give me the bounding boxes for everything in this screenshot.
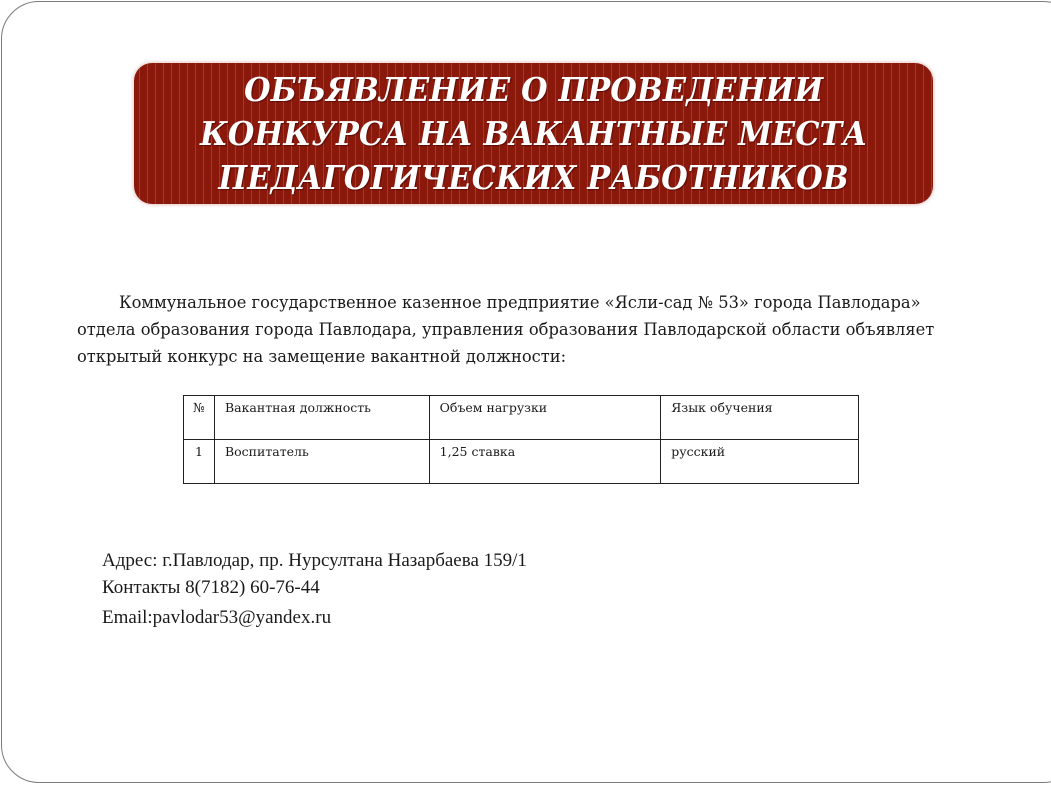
- header-number: №: [184, 396, 215, 440]
- table-header-row: № Вакантная должность Объем нагрузки Язы…: [184, 396, 859, 440]
- cell-position: Воспитатель: [214, 440, 429, 484]
- vacancies-table: № Вакантная должность Объем нагрузки Язы…: [183, 395, 859, 484]
- intro-line-3: открытый конкурс на замещение вакантной …: [77, 343, 1022, 370]
- title-line-2: КОНКУРСА НА ВАКАНТНЫЕ МЕСТА: [200, 112, 867, 156]
- phone-text: Контакты 8(7182) 60-76-44: [102, 574, 527, 601]
- table-row: 1 Воспитатель 1,25 ставка русский: [184, 440, 859, 484]
- slide: ОБЪЯВЛЕНИЕ О ПРОВЕДЕНИИ КОНКУРСА НА ВАКА…: [1, 1, 1051, 783]
- email-text: Email:pavlodar53@yandex.ru: [102, 601, 527, 635]
- header-workload: Объем нагрузки: [429, 396, 661, 440]
- header-language: Язык обучения: [661, 396, 859, 440]
- header-position: Вакантная должность: [214, 396, 429, 440]
- title-line-1: ОБЪЯВЛЕНИЕ О ПРОВЕДЕНИИ: [244, 68, 823, 112]
- intro-paragraph: Коммунальное государственное казенное пр…: [77, 289, 1022, 370]
- intro-line-1: Коммунальное государственное казенное пр…: [77, 289, 1022, 316]
- address-text: Адрес: г.Павлодар, пр. Нурсултана Назарб…: [102, 547, 527, 574]
- cell-number: 1: [184, 440, 215, 484]
- cell-language: русский: [661, 440, 859, 484]
- contacts-block: Адрес: г.Павлодар, пр. Нурсултана Назарб…: [102, 547, 527, 635]
- cell-workload: 1,25 ставка: [429, 440, 661, 484]
- title-banner: ОБЪЯВЛЕНИЕ О ПРОВЕДЕНИИ КОНКУРСА НА ВАКА…: [134, 63, 933, 204]
- title-line-3: ПЕДАГОГИЧЕСКИХ РАБОТНИКОВ: [218, 156, 848, 200]
- intro-line-2: отдела образования города Павлодара, упр…: [77, 316, 1022, 343]
